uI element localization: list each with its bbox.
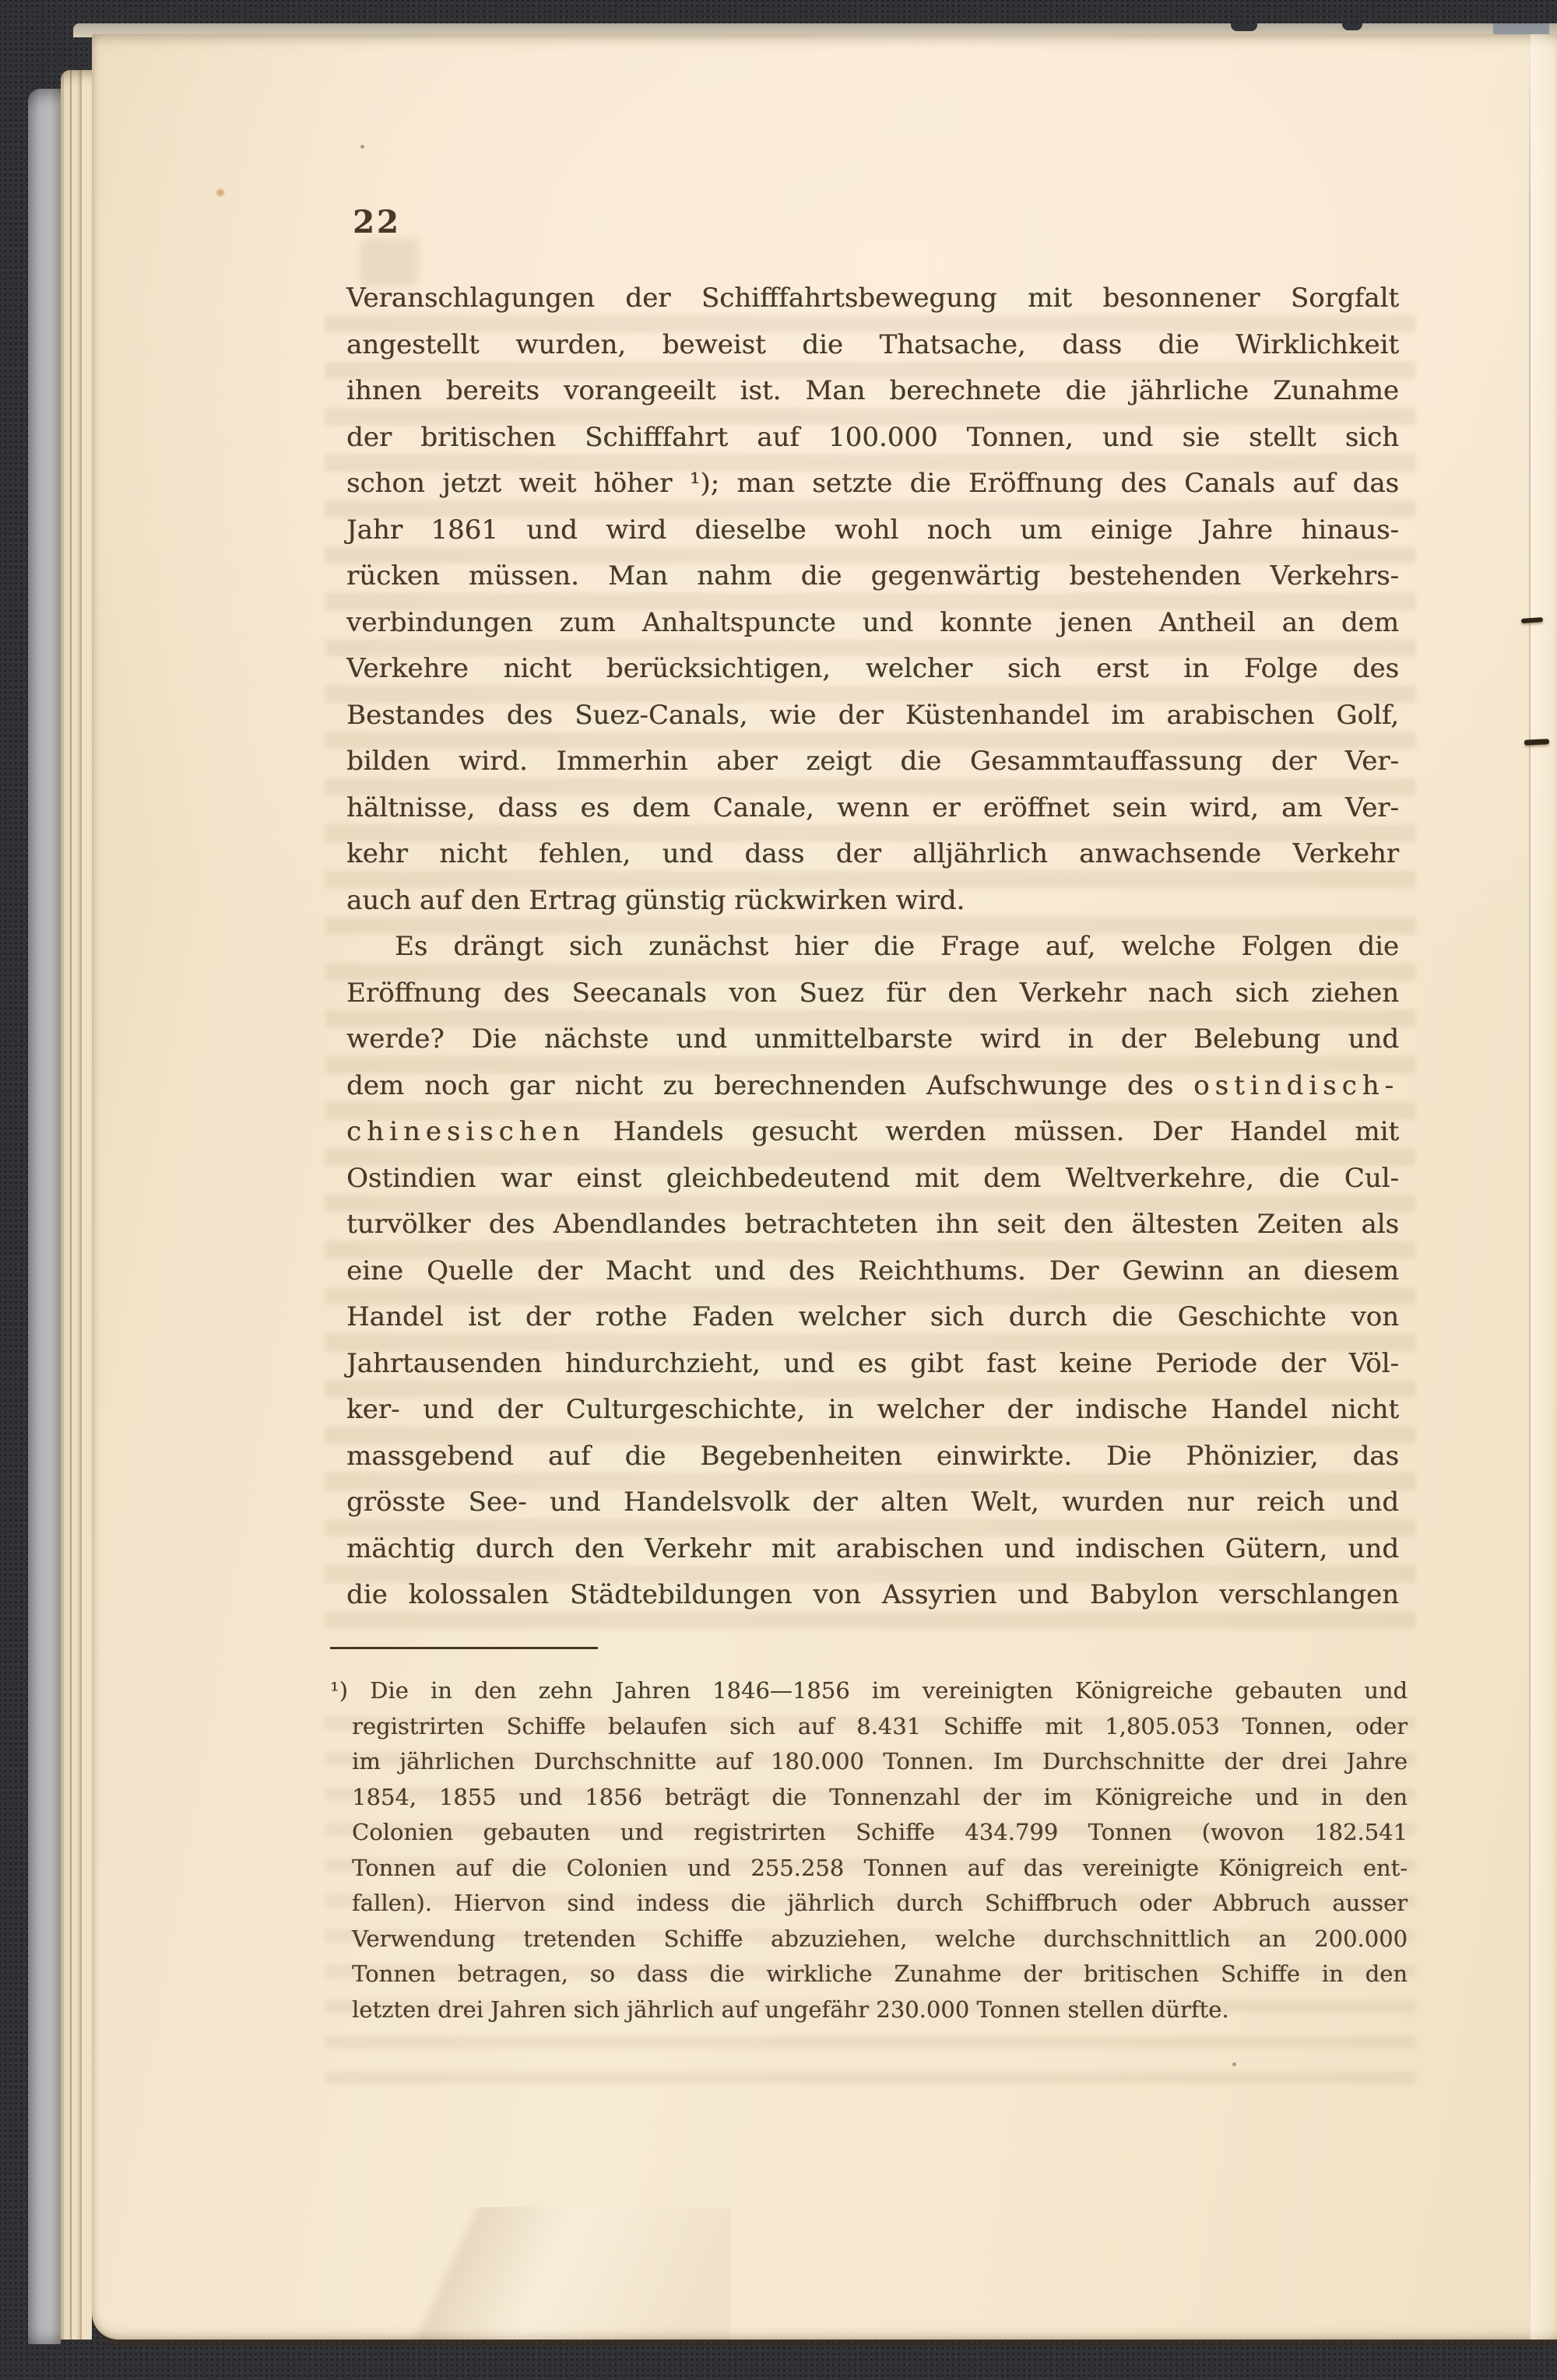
body-line: die kolossalen Städtebildungen von Assyr… (346, 1572, 1399, 1619)
body-line: massgebend auf die Begebenheiten einwirk… (346, 1434, 1399, 1480)
body-line: auch auf den Ertrag günstig rückwirken w… (346, 878, 1399, 925)
footnote-line: fallen). Hiervon sind indess die jährlic… (352, 1886, 1408, 1922)
body-line: schon jetzt weit höher ¹); man setzte di… (346, 461, 1399, 507)
body-line: mächtig durch den Verkehr mit arabischen… (346, 1526, 1399, 1573)
letterspaced-word: ostindisch- (1193, 1070, 1399, 1101)
body-line: bilden wird. Immerhin aber zeigt die Ges… (346, 739, 1399, 785)
body-line: kehr nicht fehlen, und dass der alljährl… (346, 831, 1399, 878)
body-line: turvölker des Abendlandes betrachteten i… (346, 1202, 1399, 1248)
body-line: eine Quelle der Macht und des Reichthums… (346, 1248, 1399, 1295)
body-text: Veranschlagungen der Schifffahrtsbewegun… (346, 276, 1399, 1619)
footnote-line: 1854, 1855 und 1856 beträgt die Tonnenza… (352, 1780, 1408, 1816)
footnote-line: Tonnen betragen, so dass die wirkliche Z… (352, 1957, 1408, 1992)
body-line: Jahrtausenden hindurchzieht, und es gibt… (346, 1341, 1399, 1388)
footnote-line: Tonnen auf die Colonien und 255.258 Tonn… (352, 1851, 1408, 1887)
paper: 22 Veranschlagungen der Schifffahrtsbewe… (92, 34, 1557, 2340)
paper-speck (360, 145, 364, 149)
letterspaced-word: chinesischen (346, 1116, 585, 1147)
page-number: 22 (353, 204, 401, 240)
body-line: verbindungen zum Anhaltspuncte und konnt… (346, 600, 1399, 647)
body-line: angestellt wurden, beweist die Thatsache… (346, 322, 1399, 369)
adjacent-page-edge (1531, 34, 1557, 2340)
body-line: rücken müssen. Man nahm die gegenwärtig … (346, 553, 1399, 600)
body-line: chinesischen Handels gesucht werden müss… (346, 1109, 1399, 1156)
body-line: der britischen Schifffahrt auf 100.000 T… (346, 415, 1399, 462)
body-line: Es drängt sich zunächst hier die Frage a… (346, 924, 1399, 971)
photo-backdrop: 22 Veranschlagungen der Schifffahrtsbewe… (0, 0, 1557, 2380)
footnote-line: Verwendung tretenden Schiffe abzuziehen,… (352, 1922, 1408, 1957)
page-bottom-edge (103, 2340, 1557, 2346)
body-line: Ostindien war einst gleichbedeutend mit … (346, 1156, 1399, 1202)
body-line-segment: Handels gesucht werden müssen. Der Hande… (585, 1116, 1399, 1147)
body-line: Handel ist der rothe Faden welcher sich … (346, 1294, 1399, 1341)
page-fold-line (1529, 34, 1531, 2340)
paper-speck (1232, 2062, 1236, 2066)
body-line: dem noch gar nicht zu berechnenden Aufsc… (346, 1063, 1399, 1110)
footnote-rule (330, 1647, 598, 1649)
footnote-line: registrirten Schiffe belaufen sich auf 8… (352, 1709, 1408, 1745)
footnote-line: letzten drei Jahren sich jährlich auf un… (352, 1992, 1408, 2028)
book-cover-edge (28, 89, 61, 2344)
footnote-line: Colonien gebauten und registrirten Schif… (352, 1815, 1408, 1851)
paper-speck (216, 189, 224, 196)
footnote-line: im jährlichen Durchschnitte auf 180.000 … (352, 1744, 1408, 1780)
corner-fold-shading (123, 2207, 730, 2340)
page-edge-notch (1342, 23, 1362, 30)
body-line: Bestandes des Suez-Canals, wie der Küste… (346, 693, 1399, 739)
body-line: ihnen bereits vorangeeilt ist. Man berec… (346, 368, 1399, 415)
body-line: grösste See- und Handelsvolk der alten W… (346, 1480, 1399, 1526)
body-line: werde? Die nächste und unmittelbarste wi… (346, 1016, 1399, 1063)
body-line: Eröffnung des Seecanals von Suez für den… (346, 971, 1399, 1017)
body-line: hältnisse, dass es dem Canale, wenn er e… (346, 785, 1399, 832)
body-line: ker- und der Culturgeschichte, in welche… (346, 1387, 1399, 1434)
page-edge-notch (1231, 23, 1257, 31)
body-line: Verkehre nicht berücksichtigen, welcher … (346, 646, 1399, 693)
footnote-line: ¹) Die in den zehn Jahren 1846—1856 im v… (330, 1673, 1408, 1709)
body-line: Jahr 1861 und wird dieselbe wohl noch um… (346, 507, 1399, 554)
body-line-segment: dem noch gar nicht zu berechnenden Aufsc… (346, 1070, 1193, 1101)
book-page: 22 Veranschlagungen der Schifffahrtsbewe… (28, 23, 1557, 2344)
page-stack-fore-edge (61, 70, 92, 2340)
footnote: ¹) Die in den zehn Jahren 1846—1856 im v… (330, 1673, 1408, 2027)
body-line: Veranschlagungen der Schifffahrtsbewegun… (346, 276, 1399, 322)
